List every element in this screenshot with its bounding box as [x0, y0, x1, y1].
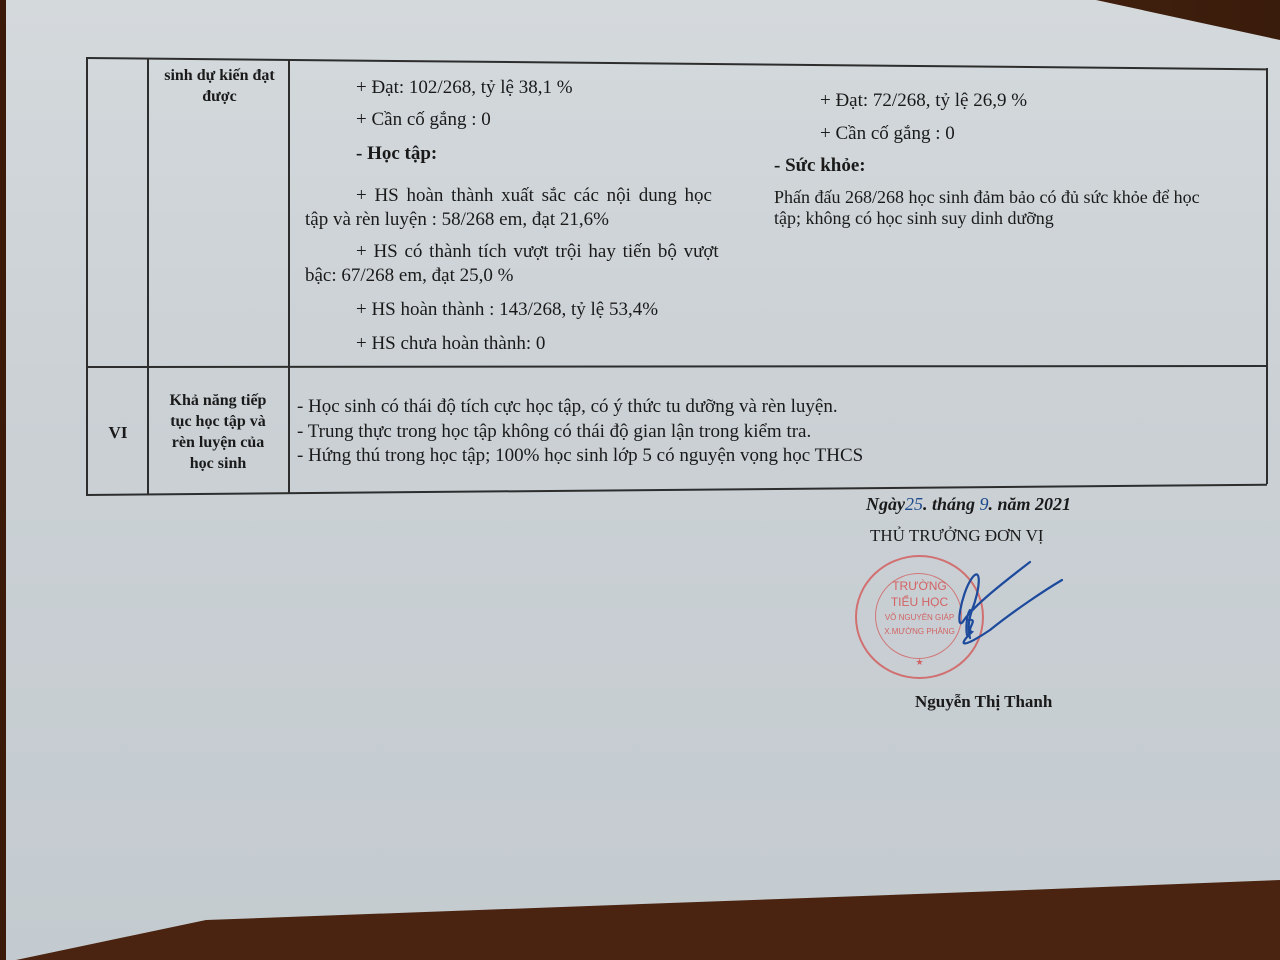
table-col2-divider — [288, 60, 290, 494]
hoc-tap-item-3: + HS hoàn thành : 143/268, tỷ lệ 53,4% — [356, 299, 658, 321]
row-v-left-line-1: + Đạt: 102/268, tỷ lệ 38,1 % — [356, 77, 573, 99]
date-month-prefix: . tháng — [923, 494, 975, 514]
row-vi-label: Khả năng tiếp tục học tập và rèn luyện c… — [158, 390, 278, 474]
hoc-tap-item-2-line-2: bậc: 67/268 em, đạt 25,0 % — [305, 265, 513, 287]
row-v-label: sinh dự kiến đạt được — [162, 65, 277, 107]
hoc-tap-item-1-line-1: + HS hoàn thành xuất sắc các nội dung họ… — [356, 185, 712, 207]
row-v-right-line-1: + Đạt: 72/268, tỷ lệ 26,9 % — [820, 90, 1027, 112]
suc-khoe-line-1: Phấn đấu 268/268 học sinh đảm bảo có đủ … — [774, 187, 1200, 208]
row-vi-line-3: - Hứng thú trong học tập; 100% học sinh … — [297, 445, 863, 467]
paper-sheet — [6, 0, 1280, 960]
signer-name: Nguyễn Thị Thanh — [915, 692, 1052, 712]
handwritten-signature — [920, 550, 1070, 660]
row-vi-number: VI — [96, 422, 140, 443]
table-right-border — [1266, 68, 1268, 484]
date-year: . năm 2021 — [989, 494, 1072, 514]
hoc-tap-item-2-line-1: + HS có thành tích vượt trội hay tiến bộ… — [356, 241, 719, 263]
suc-khoe-heading: - Sức khỏe: — [774, 155, 866, 177]
suc-khoe-line-2: tập; không có học sinh suy dinh dưỡng — [774, 208, 1054, 229]
date-day-handwritten: 25 — [905, 494, 923, 514]
hoc-tap-heading: - Học tập: — [356, 143, 437, 165]
row-v-right-line-2: + Cần cố gắng : 0 — [820, 123, 955, 145]
hoc-tap-item-1-line-2: tập và rèn luyện : 58/268 em, đạt 21,6% — [305, 209, 609, 231]
date-prefix: Ngày — [866, 494, 905, 514]
signature-title: THỦ TRƯỞNG ĐƠN VỊ — [870, 526, 1044, 546]
table-left-border — [86, 57, 88, 495]
table-col1-divider — [147, 58, 149, 495]
row-v-left-line-2: + Cần cố gắng : 0 — [356, 109, 491, 131]
row-vi-line-1: - Học sinh có thái độ tích cực học tập, … — [297, 396, 838, 418]
date-month-handwritten: 9 — [980, 494, 989, 514]
date-line: Ngày25. tháng 9. năm 2021 — [866, 494, 1071, 515]
row-vi-line-2: - Trung thực trong học tập không có thái… — [297, 421, 811, 443]
hoc-tap-item-4: + HS chưa hoàn thành: 0 — [356, 333, 545, 355]
